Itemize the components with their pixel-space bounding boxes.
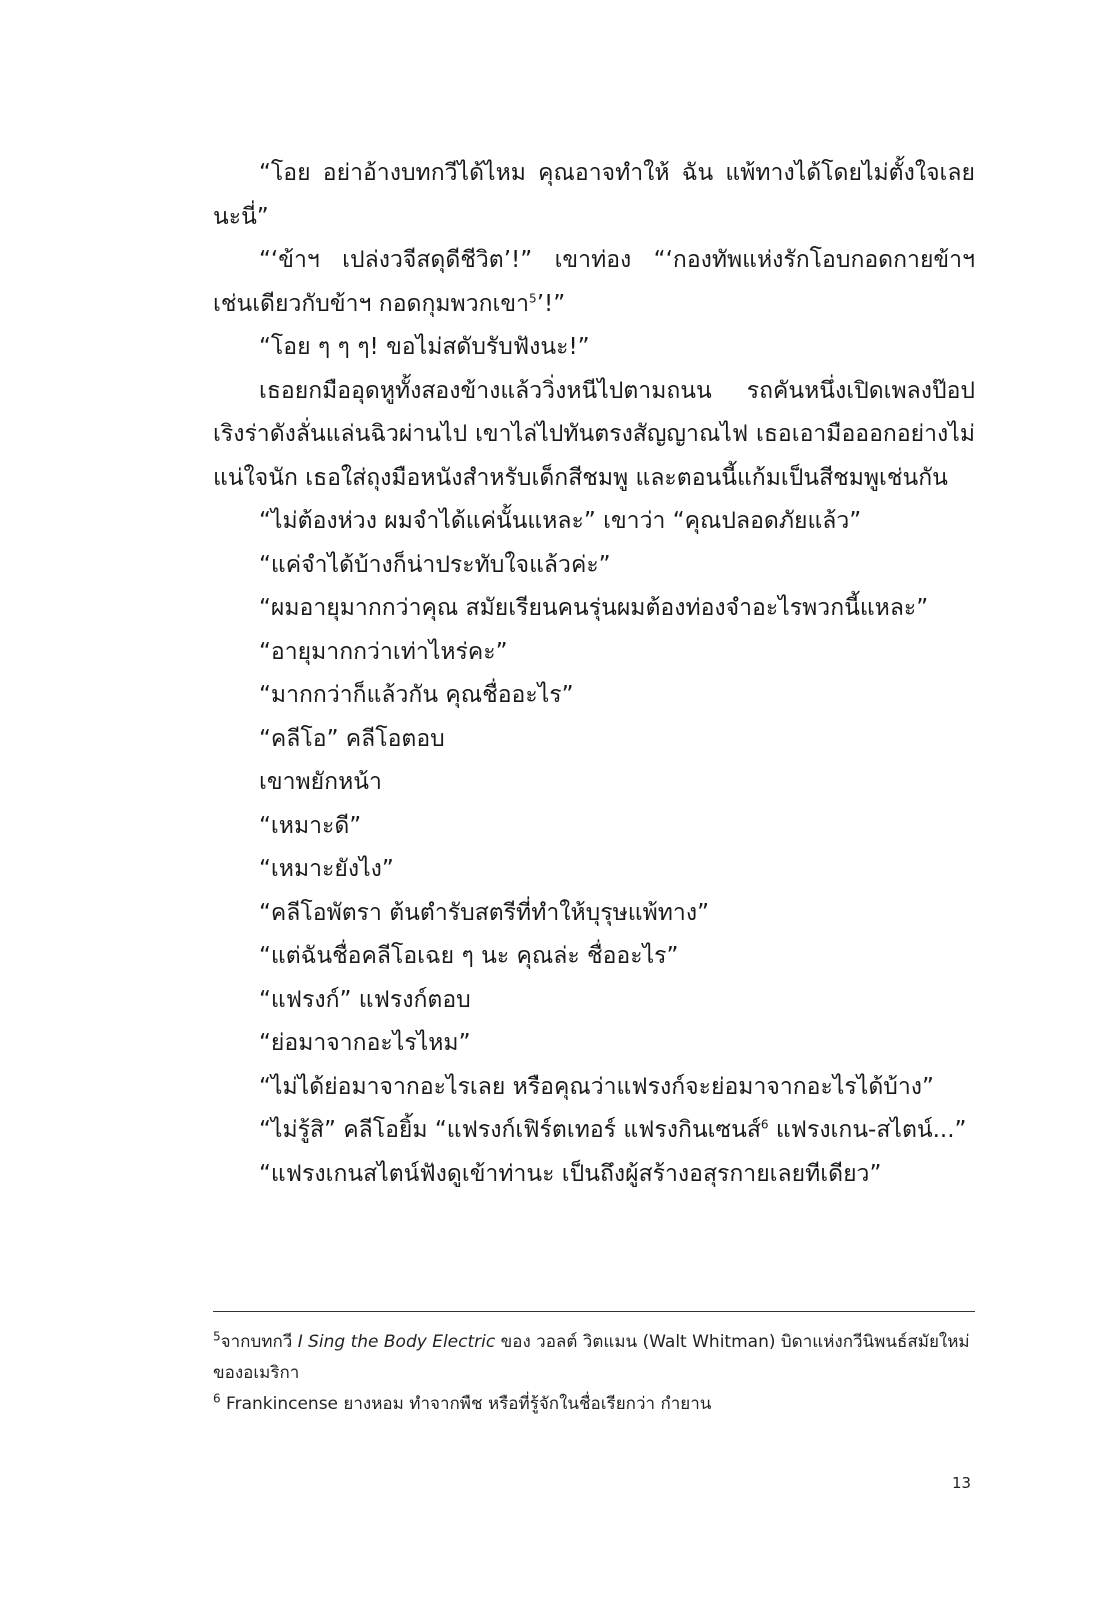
paragraph: “แค่จำได้บ้างก็น่าประทับใจแล้วค่ะ” xyxy=(213,544,975,588)
paragraph: เขาพยักหน้า xyxy=(213,761,975,805)
paragraph: “แต่ฉันชื่อคลีโอเฉย ๆ นะ คุณล่ะ ชื่ออะไร… xyxy=(213,935,975,979)
paragraph-text: แฟรงเกน-สไตน์...” xyxy=(769,1117,967,1143)
book-page: “โอย อย่าอ้างบทกวีได้ไหม คุณอาจทำให้ ฉัน… xyxy=(0,0,1109,1621)
footnote-text: จากบทกวี xyxy=(221,1332,298,1352)
paragraph: “โอย ๆ ๆ ๆ! ขอไม่สดับรับฟังนะ!” xyxy=(213,326,975,370)
paragraph: “ไม่ได้ย่อมาจากอะไรเลย หรือคุณว่าแฟรงก์จ… xyxy=(213,1066,975,1110)
footnotes: 5จากบทกวี I Sing the Body Electric ของ ว… xyxy=(213,1327,975,1420)
paragraph: “ผมอายุมากกว่าคุณ สมัยเรียนคนรุ่นผมต้องท… xyxy=(213,587,975,631)
paragraph: “มากกว่าก็แล้วกัน คุณชื่ออะไร” xyxy=(213,674,975,718)
footnote-ref[interactable]: 5 xyxy=(529,291,537,305)
body-text: “โอย อย่าอ้างบทกวีได้ไหม คุณอาจทำให้ ฉัน… xyxy=(213,152,975,1196)
paragraph: “แฟรงเกนสไตน์ฟังดูเข้าท่านะ เป็นถึงผู้สร… xyxy=(213,1153,975,1197)
paragraph: “ย่อมาจากอะไรไหม” xyxy=(213,1022,975,1066)
paragraph: “โอย อย่าอ้างบทกวีได้ไหม คุณอาจทำให้ ฉัน… xyxy=(213,152,975,239)
paragraph-text: “‘ข้าฯ เปล่งวจีสดุดีชีวิต’!” เขาท่อง “‘ก… xyxy=(213,247,975,317)
paragraph-text: ’!” xyxy=(537,291,565,317)
page-number: 13 xyxy=(952,1474,971,1492)
paragraph: “คลีโอพัตรา ต้นตำรับสตรีที่ทำให้บุรุษแพ้… xyxy=(213,892,975,936)
footnote-6: 6 Frankincense ยางหอม ทำจากพืช หรือที่รู… xyxy=(213,1389,975,1420)
paragraph-text: “โอย อย่าอ้างบทกวีได้ไหม คุณอาจทำให้ ฉัน… xyxy=(213,160,975,230)
footnote-text: Frankincense ยางหอม ทำจากพืช หรือที่รู้จ… xyxy=(221,1394,712,1414)
paragraph: “เหมาะยังไง” xyxy=(213,848,975,892)
footnote-number: 5 xyxy=(213,1329,221,1343)
footnote-number: 6 xyxy=(213,1391,221,1405)
paragraph: “ไม่รู้สิ” คลีโอยิ้ม “แฟรงก์เฟิร์ตเทอร์ … xyxy=(213,1109,975,1153)
footnote-5: 5จากบทกวี I Sing the Body Electric ของ ว… xyxy=(213,1327,975,1389)
paragraph: “คลีโอ” คลีโอตอบ xyxy=(213,718,975,762)
paragraph: “ไม่ต้องห่วง ผมจำได้แค่นั้นแหละ” เขาว่า … xyxy=(213,500,975,544)
paragraph: “เหมาะดี” xyxy=(213,805,975,849)
paragraph-text: “ไม่รู้สิ” คลีโอยิ้ม “แฟรงก์เฟิร์ตเทอร์ … xyxy=(259,1117,761,1143)
footnote-italic-title: I Sing the Body Electric xyxy=(298,1332,496,1352)
footnote-ref[interactable]: 6 xyxy=(761,1117,769,1131)
paragraph: เธอยกมืออุดหูทั้งสองข้างแล้ววิ่งหนีไปตาม… xyxy=(213,370,975,501)
paragraph: “‘ข้าฯ เปล่งวจีสดุดีชีวิต’!” เขาท่อง “‘ก… xyxy=(213,239,975,326)
footnote-divider xyxy=(213,1311,975,1312)
paragraph: “อายุมากกว่าเท่าไหร่คะ” xyxy=(213,631,975,675)
paragraph: “แฟรงก์” แฟรงก์ตอบ xyxy=(213,979,975,1023)
